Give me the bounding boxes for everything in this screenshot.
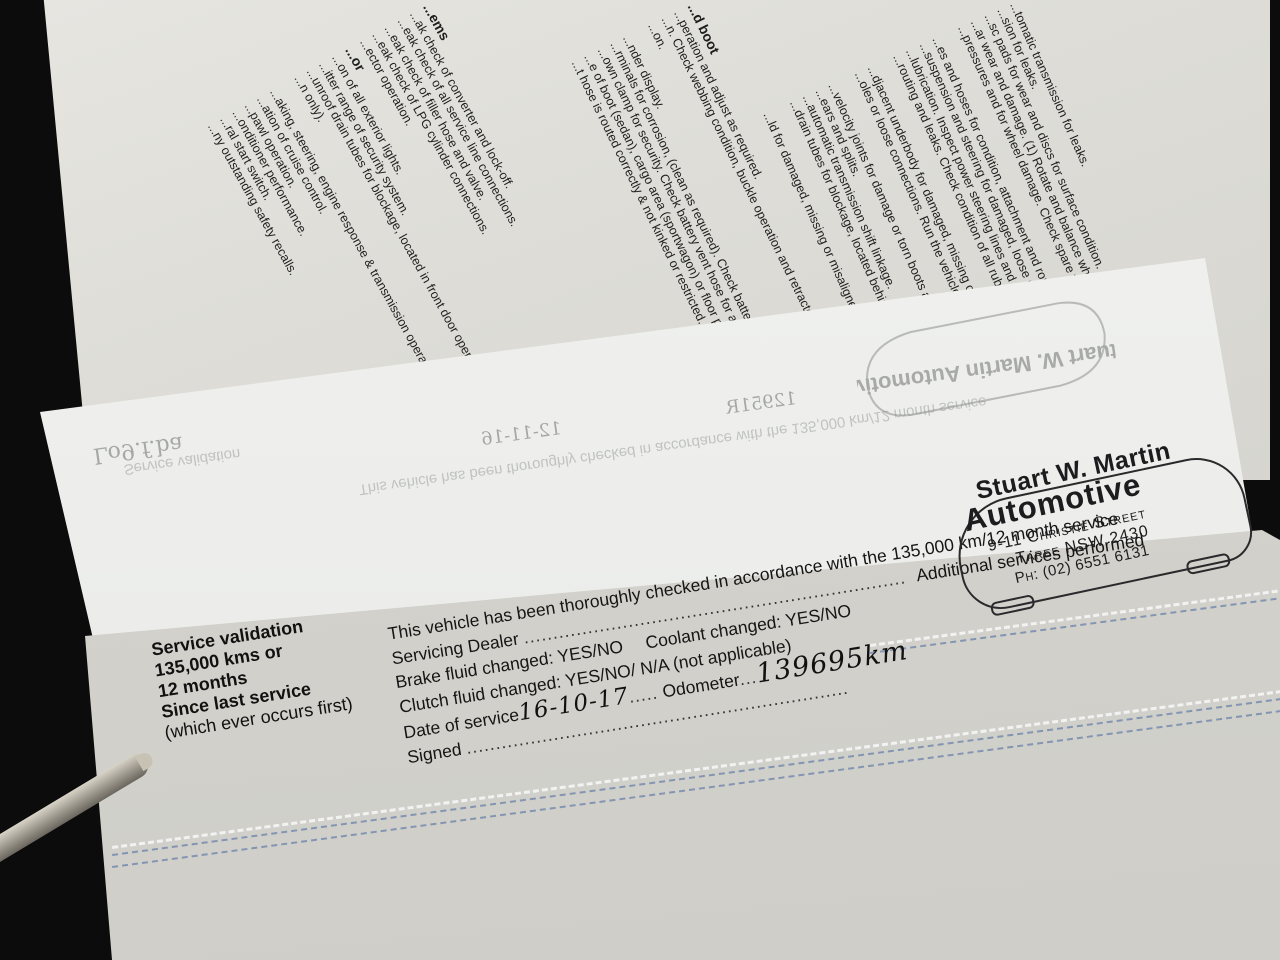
mirrored-stamp-text: Stuart W. Martin Automotive [848, 337, 1122, 403]
mirrored-odometer-imprint: 12951R [725, 388, 798, 419]
mirrored-date-imprint: 12-11-16 [480, 418, 563, 450]
mirrored-stamp-imprint: Stuart W. Martin Automotive [848, 282, 1122, 437]
